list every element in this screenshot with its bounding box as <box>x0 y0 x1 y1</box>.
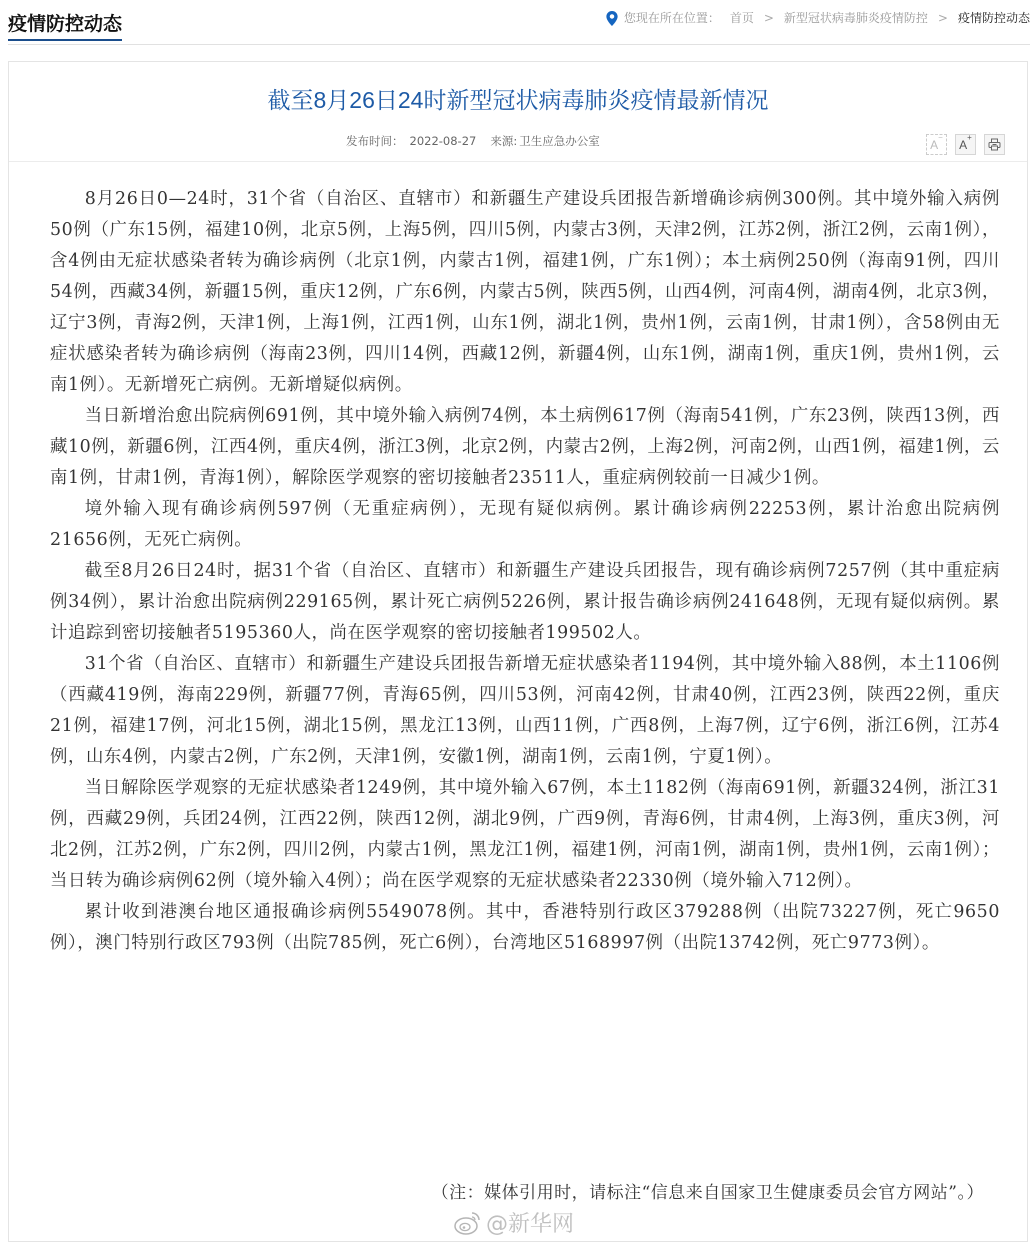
breadcrumb-prefix: 您现在所在位置： <box>624 9 720 27</box>
meta-divider <box>9 161 1027 162</box>
location-pin-icon <box>606 11 618 26</box>
paragraph-recoveries: 当日新增治愈出院病例691例，其中境外输入病例74例，本土病例617例（海南54… <box>50 401 1000 494</box>
media-citation-note: （注：媒体引用时，请标注“信息来自国家卫生健康委员会官方网站”。） <box>432 1178 984 1209</box>
font-increase-icon: A+ <box>959 137 972 152</box>
article-container: 截至8月26日24时新型冠状病毒肺炎疫情最新情况 发布时间：2022-08-27… <box>8 61 1028 1242</box>
source-label: 来源: <box>490 134 517 148</box>
paragraph-cumulative: 截至8月26日24时，据31个省（自治区、直辖市）和新疆生产建设兵团报告，现有确… <box>50 556 1000 649</box>
font-decrease-button[interactable]: A− <box>926 134 947 155</box>
font-decrease-icon: A− <box>930 137 943 152</box>
publish-label: 发布时间： <box>346 134 404 148</box>
top-bar: 疫情防控动态 您现在所在位置： 首页 > 新型冠状病毒肺炎疫情防控 > 疫情防控… <box>8 0 1030 45</box>
article-tools: A− A+ <box>926 134 1005 155</box>
article-title: 截至8月26日24时新型冠状病毒肺炎疫情最新情况 <box>9 84 1027 116</box>
paragraph-new-confirmed: 8月26日0—24时，31个省（自治区、直辖市）和新疆生产建设兵团报告新增确诊病… <box>50 184 1000 401</box>
article-body: 8月26日0—24时，31个省（自治区、直辖市）和新疆生产建设兵团报告新增确诊病… <box>50 184 1000 959</box>
paragraph-imported-cases: 境外输入现有确诊病例597例（无重症病例），无现有疑似病例。累计确诊病例2225… <box>50 494 1000 556</box>
paragraph-hk-macao-taiwan: 累计收到港澳台地区通报确诊病例5549078例。其中，香港特别行政区379288… <box>50 897 1000 959</box>
watermark: @新华网 <box>454 1207 574 1238</box>
print-icon <box>988 138 1001 151</box>
section-title: 疫情防控动态 <box>8 12 122 41</box>
breadcrumb-home[interactable]: 首页 <box>730 9 754 27</box>
source-value: 卫生应急办公室 <box>519 134 600 148</box>
publish-date: 2022-08-27 <box>410 134 477 148</box>
watermark-text: @新华网 <box>486 1207 574 1238</box>
weibo-icon <box>454 1210 482 1236</box>
paragraph-asymptomatic-released: 当日解除医学观察的无症状感染者1249例，其中境外输入67例，本土1182例（海… <box>50 773 1000 897</box>
print-button[interactable] <box>984 134 1005 155</box>
breadcrumb: 您现在所在位置： 首页 > 新型冠状病毒肺炎疫情防控 > 疫情防控动态 <box>606 9 1030 27</box>
paragraph-asymptomatic: 31个省（自治区、直辖市）和新疆生产建设兵团报告新增无症状感染者1194例，其中… <box>50 649 1000 773</box>
article-meta: 发布时间：2022-08-27来源:卫生应急办公室 <box>346 133 606 149</box>
breadcrumb-separator: > <box>764 9 774 27</box>
breadcrumb-separator: > <box>938 9 948 27</box>
breadcrumb-covid-prevention[interactable]: 新型冠状病毒肺炎疫情防控 <box>784 9 928 27</box>
font-increase-button[interactable]: A+ <box>955 134 976 155</box>
breadcrumb-current[interactable]: 疫情防控动态 <box>958 9 1030 27</box>
